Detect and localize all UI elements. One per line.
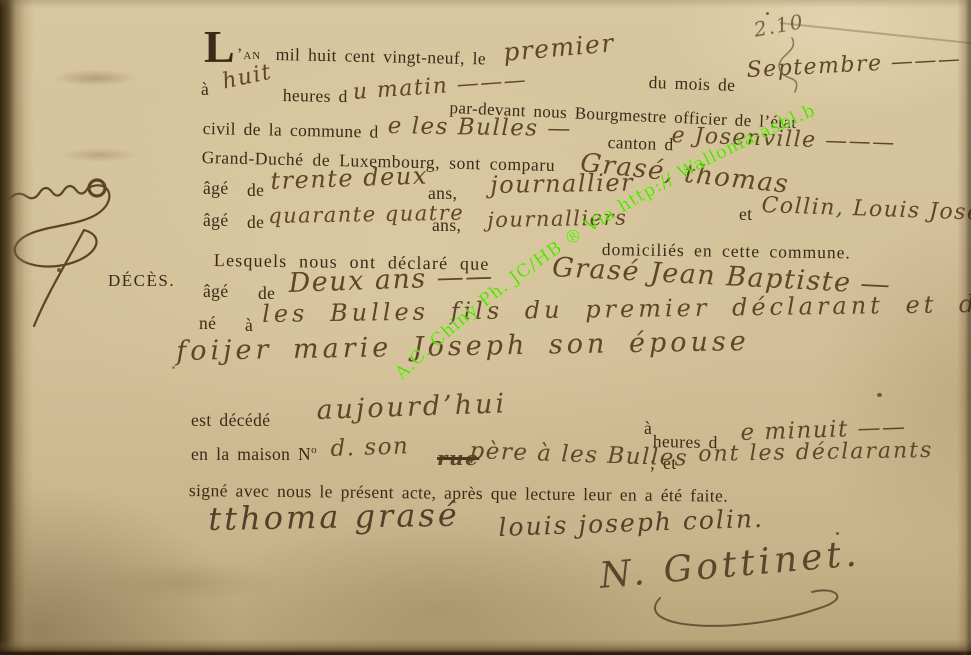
ink-speck <box>57 268 61 272</box>
ink-speck <box>836 532 839 535</box>
ink-speck <box>172 366 175 369</box>
watermark: A.C. Chiny Ph. JC/HB ® Via http:// Wallo… <box>0 0 971 655</box>
scanned-death-record-page: L ’an mil huit cent vingt-neuf, le du mo… <box>0 0 971 655</box>
watermark-text: A.C. Chiny Ph. JC/HB ® Via http:// Wallo… <box>0 0 819 384</box>
svg-text:A.C. Chiny Ph. JC/HB ® Via htt: A.C. Chiny Ph. JC/HB ® Via http:// Wallo… <box>0 0 819 384</box>
ink-speck <box>877 393 882 397</box>
ink-speck <box>766 12 769 15</box>
